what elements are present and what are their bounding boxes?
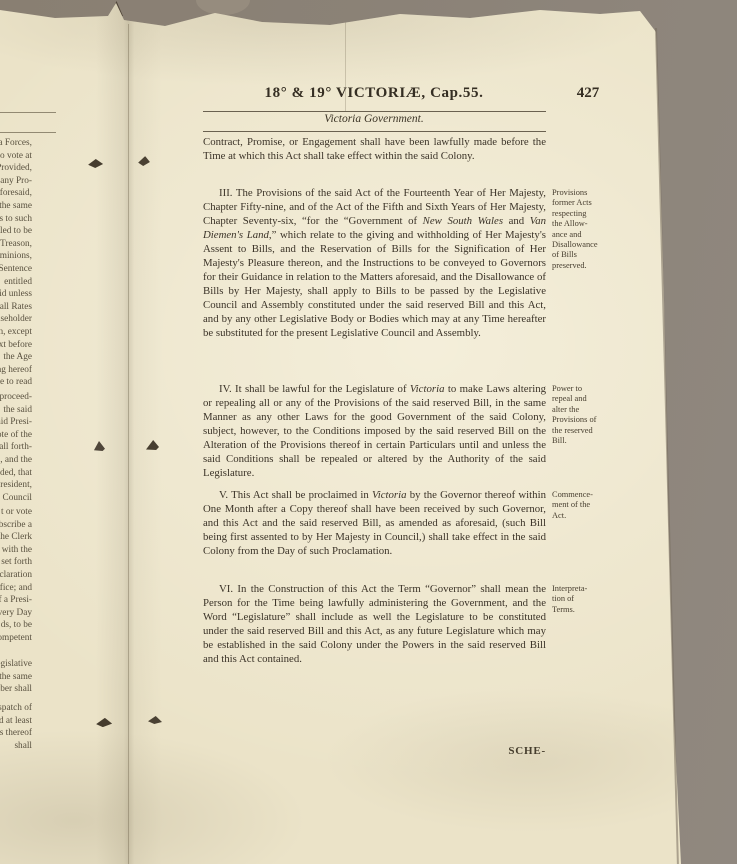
- text-run: V. This Act shall be proclaimed in: [219, 489, 372, 501]
- left-page-text-fragment: bscribe a: [0, 519, 32, 532]
- left-page-text-fragment: the said: [0, 404, 32, 417]
- left-page-text-fragment: President,: [0, 479, 32, 492]
- left-page-fragment-group: egislativea the samenber shall: [0, 658, 32, 696]
- left-page-text-fragment: Treason,: [0, 238, 32, 251]
- left-page-text-fragment: e to read: [0, 376, 32, 389]
- left-page-text-fragment: led to be: [0, 225, 32, 238]
- left-page-rule: [0, 112, 56, 113]
- catchword: SCHE-: [203, 745, 546, 757]
- left-page-text-fragment: ote of the: [0, 429, 32, 442]
- left-page-text-fragment: the Age: [0, 351, 32, 364]
- left-page-text-fragment: any Pro-: [0, 175, 32, 188]
- left-page-text-fragment: ompetent: [0, 632, 32, 645]
- left-page-text-fragment: n, except: [0, 326, 32, 339]
- text-run: and: [503, 215, 530, 227]
- text-run: to make Laws altering or repealing all o…: [203, 383, 546, 479]
- left-page-text-fragment: entitled: [0, 276, 32, 289]
- left-page-text-fragment: o vote at: [0, 150, 32, 163]
- left-page-fragment-group: proceed-the saidaid Presi-ote of theall …: [0, 391, 32, 504]
- italic-phrase: Victoria: [410, 383, 445, 395]
- left-page-text-fragment: aid Presi-: [0, 416, 32, 429]
- header-rule-top: [203, 111, 546, 112]
- left-page-text-fragment: a the same: [0, 671, 32, 684]
- running-head: 18° & 19° VICTORIÆ, Cap.55.: [203, 85, 545, 102]
- left-page-text-fragment: a Forces,: [0, 137, 32, 150]
- paragraph-clause-v: V. This Act shall be proclaimed in Victo…: [203, 488, 546, 558]
- left-page-text-fragment: egislative: [0, 658, 32, 671]
- margin-note-clause-v: Commence- ment of the Act.: [552, 490, 642, 521]
- paper-edge-bump: [196, 0, 250, 15]
- left-page-text-fragment: rs thereof: [0, 727, 32, 740]
- header-rule-bottom: [203, 131, 546, 132]
- left-page-text-fragment: t or vote: [0, 506, 32, 519]
- left-page-text-fragment: s to such: [0, 213, 32, 226]
- left-page-text-fragment: all forth-: [0, 441, 32, 454]
- paragraph-clause-vi: VI. In the Construction of this Act the …: [203, 582, 546, 666]
- left-page-text-fragment: the Clerk: [0, 531, 32, 544]
- left-page-text-fragment: espatch of: [0, 702, 32, 715]
- left-page-text-fragment: d at least: [0, 715, 32, 728]
- left-page-text-fragment: f a Presi-: [0, 594, 32, 607]
- left-page-text-fragment: nber shall: [0, 683, 32, 696]
- left-page-fragment-group: a Forces,o vote atProvided,any Pro-afore…: [0, 137, 32, 389]
- left-page-text-fragment: id unless: [0, 288, 32, 301]
- text-run: IV. It shall be lawful for the Legislatu…: [219, 383, 410, 395]
- margin-note-clause-vi: Interpreta- tion of Terms.: [552, 584, 642, 615]
- margin-note-clause-iv: Power to repeal and alter the Provisions…: [552, 384, 642, 446]
- left-page-rule: [0, 132, 56, 133]
- book-paper: a Forces,o vote atProvided,any Pro-afore…: [0, 0, 737, 864]
- italic-phrase: New South Wales: [423, 215, 503, 227]
- subject-heading: Victoria Government.: [203, 113, 545, 125]
- paragraph-clause-iii: III. The Provisions of the said Act of t…: [203, 186, 546, 340]
- left-page-text-fragment: e Council: [0, 492, 32, 505]
- paragraph-clause-iv: IV. It shall be lawful for the Legislatu…: [203, 382, 546, 480]
- left-page-text-fragment: every Day: [0, 607, 32, 620]
- left-page-text-fragment: with the: [0, 544, 32, 557]
- left-page-text-fragment: shall: [0, 740, 32, 753]
- left-page-text-fragment: proceed-: [0, 391, 32, 404]
- text-run: ,” which relate to the giving and withho…: [203, 229, 546, 339]
- left-page-fragment-group: t or votebscribe athe Clerkwith theset f…: [0, 506, 32, 645]
- margin-note-clause-iii: Provisions former Acts respecting the Al…: [552, 188, 642, 271]
- left-page-text-fragment: ffice; and: [0, 582, 32, 595]
- left-page-fragment-group: espatch ofd at leastrs thereofshall: [0, 702, 32, 752]
- left-page-text-fragment: ided, that: [0, 467, 32, 480]
- paragraph-continuation: Contract, Promise, or Engagement shall h…: [203, 135, 546, 163]
- left-page-text-fragment: ng hereof: [0, 364, 32, 377]
- left-page-text-fragment: set forth: [0, 556, 32, 569]
- fold-line: [128, 24, 129, 864]
- left-page-text-fragment: all Rates: [0, 301, 32, 314]
- text-run: Contract, Promise, or Engagement shall h…: [203, 136, 546, 162]
- page-number: 427: [565, 85, 611, 102]
- left-page-text-fragment: eclaration: [0, 569, 32, 582]
- text-run: VI. In the Construction of this Act the …: [203, 583, 546, 665]
- left-page-text-fragment: , and the: [0, 454, 32, 467]
- left-page-text-fragment: aseholder: [0, 313, 32, 326]
- italic-phrase: Victoria: [372, 489, 407, 501]
- left-page-text-fragment: aforesaid,: [0, 187, 32, 200]
- left-page-text-fragment: Sentence: [0, 263, 32, 276]
- left-page-text-fragment: Provided,: [0, 162, 32, 175]
- left-page-text-fragment: the same: [0, 200, 32, 213]
- left-page-text-fragment: xt before: [0, 339, 32, 352]
- scanned-book-page: a Forces,o vote atProvided,any Pro-afore…: [0, 0, 737, 864]
- left-page-text-fragment: ds, to be: [0, 619, 32, 632]
- left-page-text-fragment: ominions,: [0, 250, 32, 263]
- gutter-fold-shadow: [96, 0, 162, 864]
